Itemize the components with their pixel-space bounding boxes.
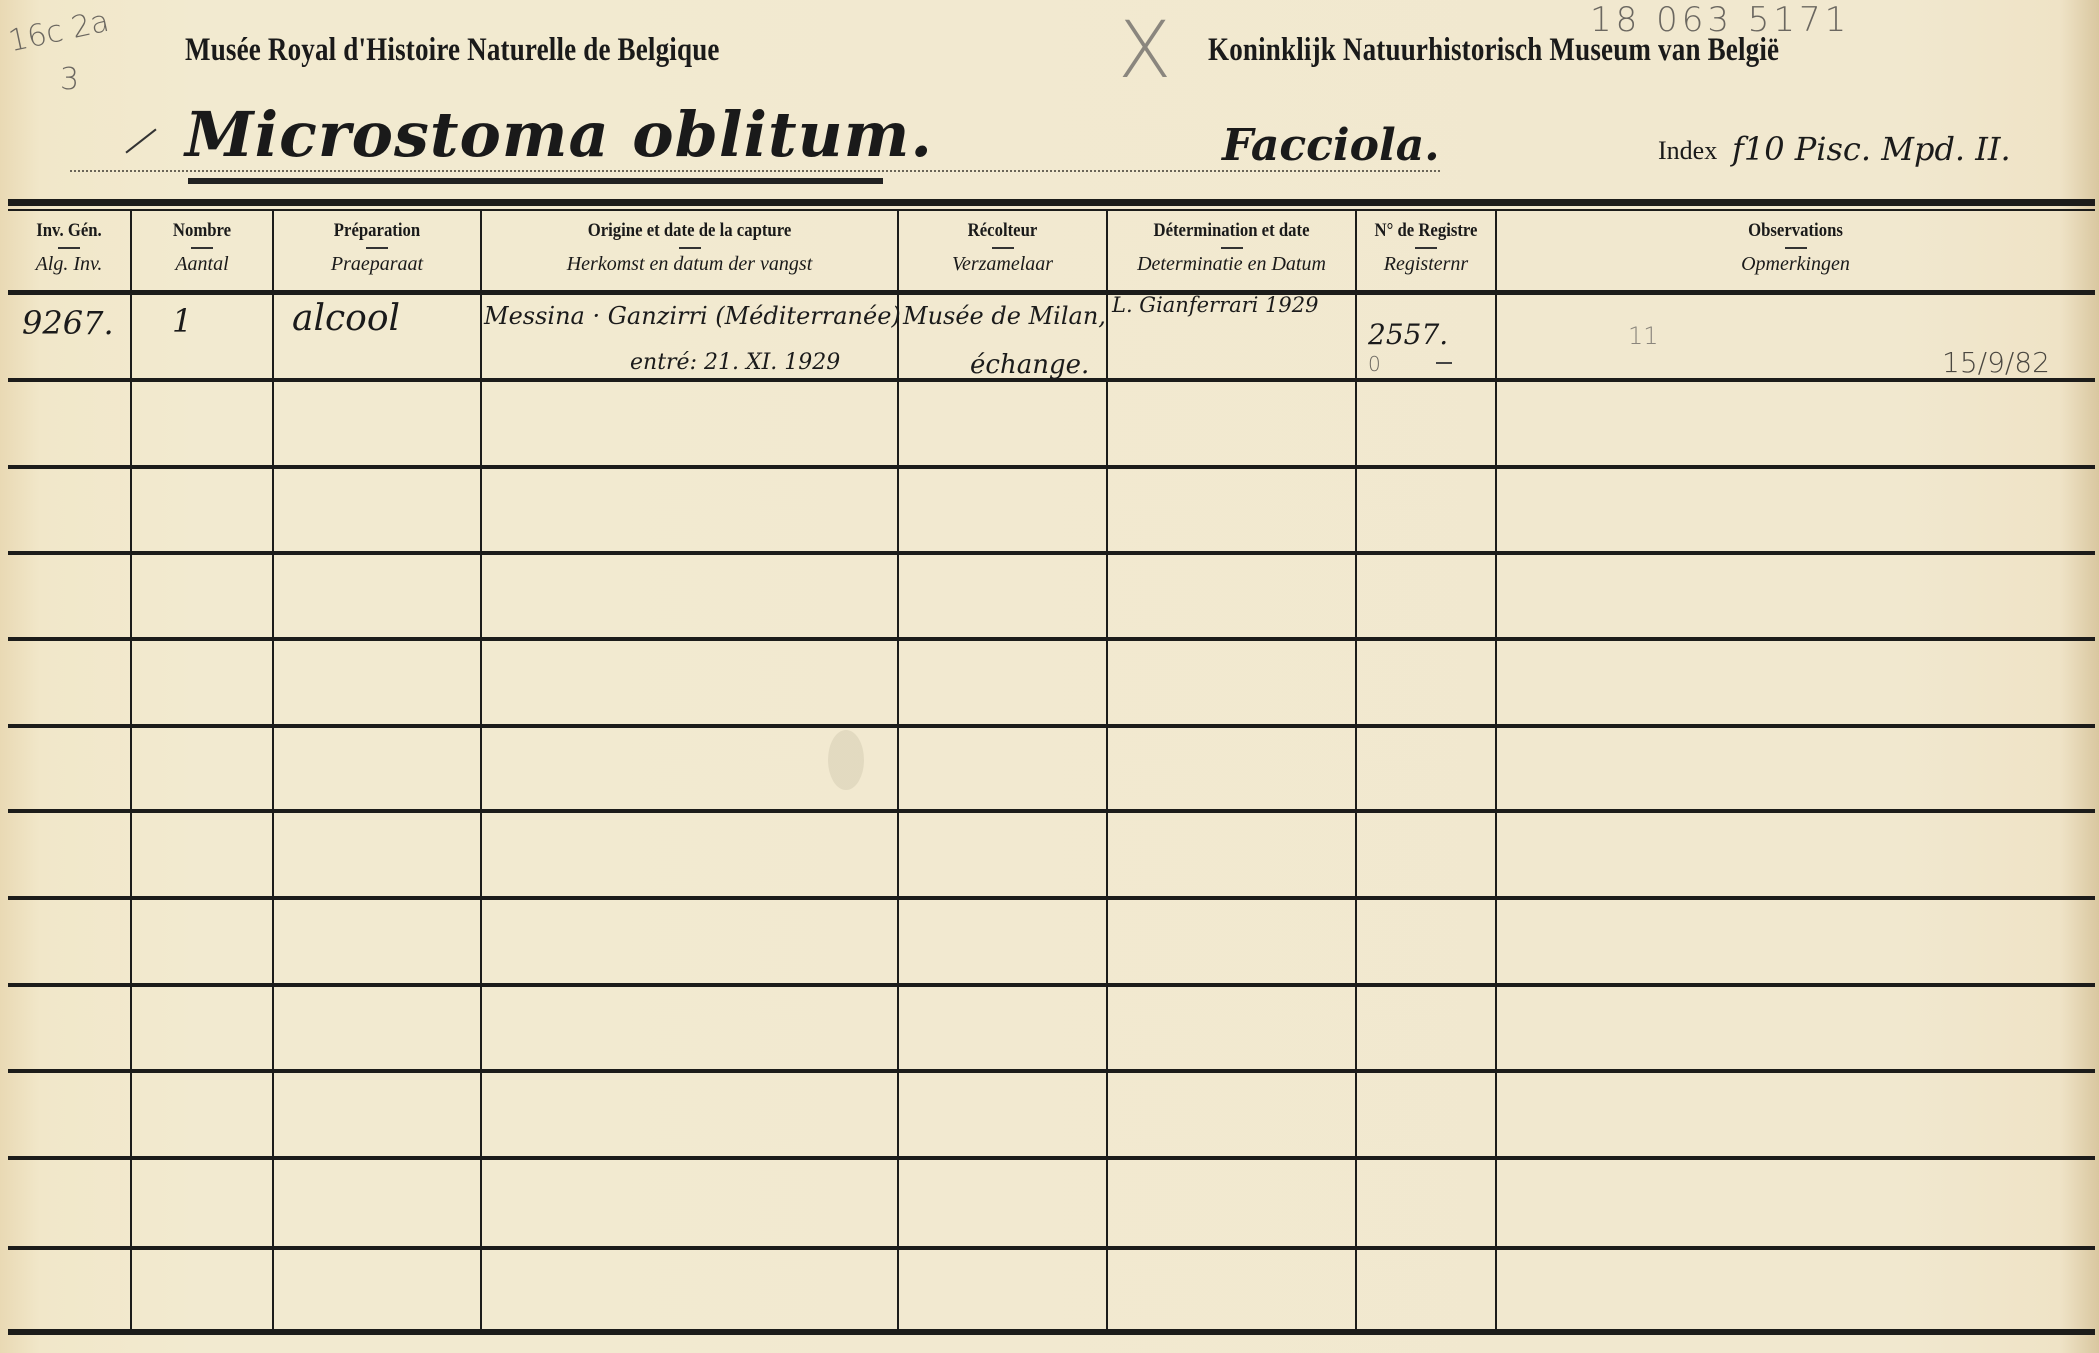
column-header-nl: Determinatie en Datum bbox=[1108, 253, 1355, 276]
column-header-inv: Inv. Gén. Alg. Inv. bbox=[8, 210, 130, 290]
column-header-fr: Détermination et date bbox=[1123, 220, 1340, 242]
header-dash bbox=[992, 247, 1014, 249]
table-bottom-rule bbox=[8, 1329, 2095, 1335]
index-label: Index bbox=[1658, 136, 1717, 166]
cell-origin-line2: entré: 21. XI. 1929 bbox=[630, 350, 840, 375]
column-divider bbox=[897, 211, 899, 1333]
cell-register-sub: 0 bbox=[1368, 352, 1381, 376]
museum-title-dutch: Koninklijk Natuurhistorisch Museum van B… bbox=[1208, 32, 1779, 69]
header-bottom-rule bbox=[8, 290, 2095, 295]
species-underline bbox=[188, 178, 883, 184]
pencil-x-mark: X bbox=[1118, 6, 1171, 96]
header-dash bbox=[1785, 247, 1807, 249]
column-header-nl: Herkomst en datum der vangst bbox=[482, 253, 897, 276]
column-divider bbox=[1495, 211, 1497, 1333]
column-divider bbox=[480, 211, 482, 1333]
cell-origin-line1: Messina · Ganzirri (Méditerranée) bbox=[484, 302, 901, 330]
column-header-fr: Inv. Gén. bbox=[15, 220, 122, 242]
column-header-fr: Nombre bbox=[140, 220, 263, 242]
species-slash-mark bbox=[125, 129, 156, 154]
header-dash bbox=[366, 247, 388, 249]
column-header-nl: Praeparaat bbox=[274, 253, 480, 276]
column-header-fr: Observations bbox=[1533, 220, 2058, 242]
cell-count: 1 bbox=[172, 302, 192, 340]
column-header-fr: Origine et date de la capture bbox=[507, 220, 872, 242]
row-rule bbox=[8, 724, 2095, 728]
header-dash bbox=[1415, 247, 1437, 249]
museum-title-french: Musée Royal d'Histoire Naturelle de Belg… bbox=[185, 32, 720, 69]
row-rule bbox=[8, 1246, 2095, 1250]
header-dash bbox=[679, 247, 701, 249]
table-top-rule-thick bbox=[8, 199, 2095, 206]
header-dash bbox=[58, 247, 80, 249]
column-header-nl: Aantal bbox=[132, 253, 272, 276]
row-rule bbox=[8, 809, 2095, 813]
column-header-count: Nombre Aantal bbox=[132, 210, 272, 290]
cell-determination: L. Gianferrari 1929 bbox=[1112, 293, 1319, 317]
column-header-collector: Récolteur Verzamelaar bbox=[899, 210, 1106, 290]
column-header-nl: Opmerkingen bbox=[1497, 253, 2094, 276]
header-dash bbox=[1221, 247, 1243, 249]
column-header-nl: Registernr bbox=[1357, 253, 1495, 276]
column-header-preparation: Préparation Praeparaat bbox=[274, 210, 480, 290]
column-header-nl: Alg. Inv. bbox=[8, 253, 130, 276]
column-divider bbox=[130, 211, 132, 1333]
column-divider bbox=[1106, 211, 1108, 1333]
paper-stain bbox=[828, 730, 864, 790]
row-rule bbox=[8, 637, 2095, 641]
row-rule bbox=[8, 1156, 2095, 1160]
column-header-determination: Détermination et date Determinatie en Da… bbox=[1108, 210, 1355, 290]
column-header-observations: Observations Opmerkingen bbox=[1497, 210, 2094, 290]
cell-preparation: alcool bbox=[292, 298, 400, 339]
column-header-fr: Préparation bbox=[286, 220, 467, 242]
index-value: f10 Pisc. Mpd. II. bbox=[1732, 130, 2011, 168]
column-header-origin: Origine et date de la capture Herkomst e… bbox=[482, 210, 897, 290]
register-dash-mark bbox=[1436, 362, 1452, 364]
row-rule bbox=[8, 465, 2095, 469]
pencil-note-top-left: 16c 2a bbox=[5, 4, 112, 59]
column-header-fr: Récolteur bbox=[911, 220, 1093, 242]
cell-inv-number: 9267. bbox=[22, 304, 114, 342]
row-rule bbox=[8, 1069, 2095, 1073]
column-header-fr: N° de Registre bbox=[1365, 220, 1486, 242]
column-divider bbox=[272, 211, 274, 1333]
column-header-nl: Verzamelaar bbox=[899, 253, 1106, 276]
row-rule bbox=[8, 551, 2095, 555]
pencil-note-top-left-3: 3 bbox=[60, 62, 79, 97]
column-header-register: N° de Registre Registernr bbox=[1357, 210, 1495, 290]
header-dash bbox=[191, 247, 213, 249]
cell-collector-line1: Musée de Milan, bbox=[903, 302, 1106, 330]
row-rule bbox=[8, 896, 2095, 900]
row-rule bbox=[8, 983, 2095, 987]
cell-collector-line2: échange. bbox=[970, 350, 1089, 380]
column-divider bbox=[1355, 211, 1357, 1333]
cell-observation-mark: 11 bbox=[1628, 322, 1659, 350]
cell-register-number: 2557. bbox=[1368, 318, 1448, 351]
species-name: Microstoma oblitum. bbox=[185, 98, 933, 171]
species-author: Facciola. bbox=[1222, 120, 1440, 171]
cell-observation-date: 15/9/82 bbox=[1942, 346, 2050, 379]
